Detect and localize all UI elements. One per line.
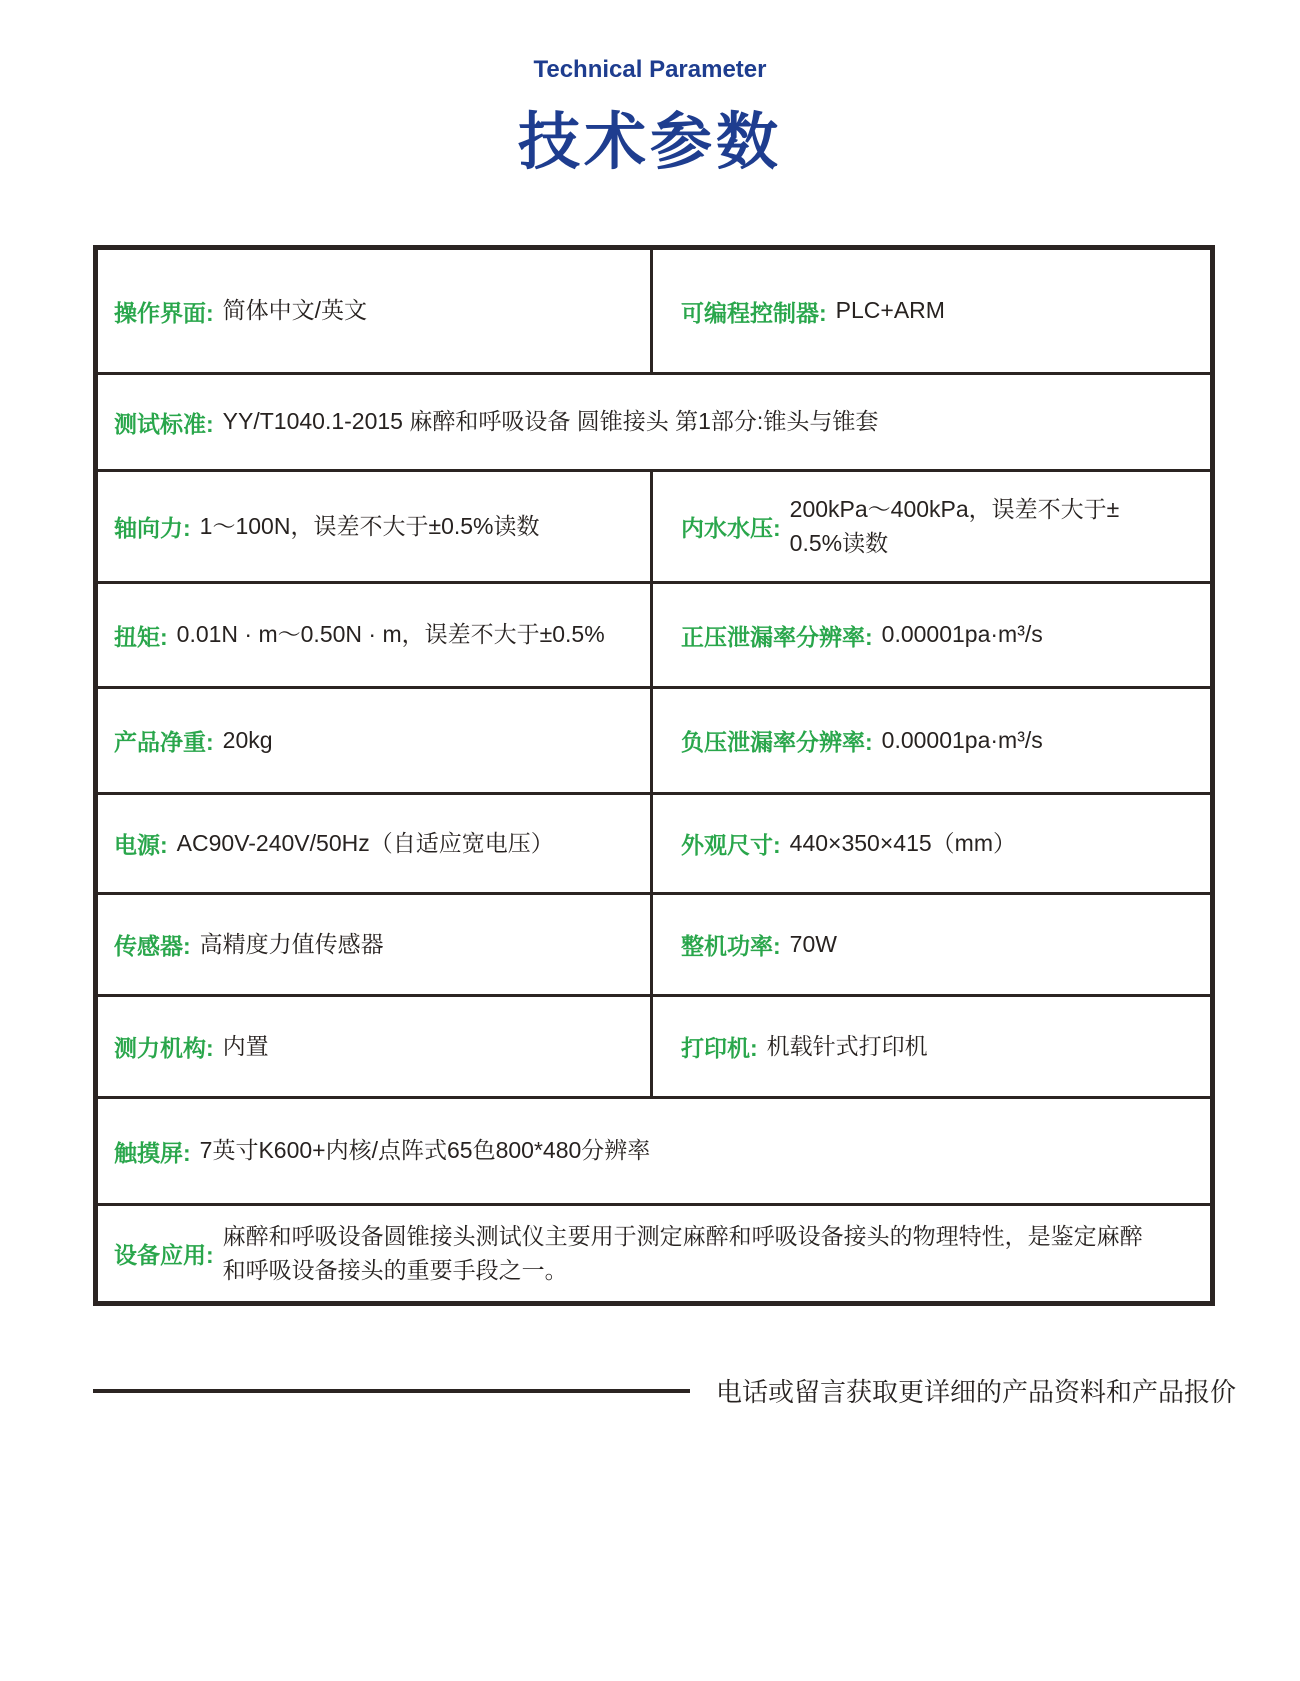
param-value: 440×350×415（mm） — [790, 827, 1016, 860]
param-label: 传感器: — [114, 928, 191, 961]
footer-note: 电话或留言获取更详细的产品资料和产品报价 — [716, 1372, 1236, 1409]
param-value: PLC+ARM — [836, 294, 945, 327]
spec-row-sensor-power: 传感器: 高精度力值传感器 整机功率: 70W — [98, 892, 1210, 994]
cell-net-weight: 产品净重: 20kg — [98, 689, 650, 792]
param-value: 麻醉和呼吸设备圆锥接头测试仪主要用于测定麻醉和呼吸设备接头的物理特性，是鉴定麻醉… — [223, 1220, 1143, 1287]
param-value: 0.00001pa·m³/s — [882, 724, 1043, 757]
cell-torque: 扭矩: 0.01N · m～0.50N · m，误差不大于±0.5% — [98, 584, 650, 686]
param-label: 电源: — [114, 827, 168, 860]
cell-printer: 打印机: 机载针式打印机 — [650, 997, 1210, 1096]
spec-table: 操作界面: 简体中文/英文 可编程控制器: PLC+ARM 测试标准: YY/T… — [93, 245, 1215, 1306]
spec-row-power-dimensions: 电源: AC90V-240V/50Hz（自适应宽电压） 外观尺寸: 440×35… — [98, 792, 1210, 892]
spec-row-test-standard: 测试标准: YY/T1040.1-2015 麻醉和呼吸设备 圆锥接头 第1部分:… — [98, 372, 1210, 469]
cell-device-application: 设备应用: 麻醉和呼吸设备圆锥接头测试仪主要用于测定麻醉和呼吸设备接头的物理特性… — [98, 1206, 1210, 1301]
param-label: 负压泄漏率分辨率: — [681, 724, 873, 757]
spec-row-torque-positive-leak: 扭矩: 0.01N · m～0.50N · m，误差不大于±0.5% 正压泄漏率… — [98, 581, 1210, 686]
spec-row-axial-force-water-pressure: 轴向力: 1～100N，误差不大于±0.5%读数 内水水压: 200kPa～40… — [98, 469, 1210, 581]
param-label: 外观尺寸: — [681, 827, 781, 860]
param-label: 打印机: — [681, 1030, 758, 1063]
cell-touchscreen: 触摸屏: 7英寸K600+内核/点阵式65色800*480分辨率 — [98, 1099, 1210, 1203]
param-value: YY/T1040.1-2015 麻醉和呼吸设备 圆锥接头 第1部分:锥头与锥套 — [223, 405, 879, 438]
spec-row-touchscreen: 触摸屏: 7英寸K600+内核/点阵式65色800*480分辨率 — [98, 1096, 1210, 1203]
param-value: 200kPa～400kPa，误差不大于± 0.5%读数 — [790, 493, 1120, 560]
cell-operation-interface: 操作界面: 简体中文/英文 — [98, 250, 650, 372]
spec-row-mechanism-printer: 测力机构: 内置 打印机: 机载针式打印机 — [98, 994, 1210, 1096]
spec-row-interface-controller: 操作界面: 简体中文/英文 可编程控制器: PLC+ARM — [98, 250, 1210, 372]
param-label: 扭矩: — [114, 619, 168, 652]
param-value: 简体中文/英文 — [223, 294, 367, 327]
param-label: 整机功率: — [681, 928, 781, 961]
cell-total-power: 整机功率: 70W — [650, 895, 1210, 994]
cell-sensor: 传感器: 高精度力值传感器 — [98, 895, 650, 994]
subtitle-en: Technical Parameter — [0, 56, 1300, 84]
param-value: 内置 — [223, 1030, 269, 1063]
cell-dimensions: 外观尺寸: 440×350×415（mm） — [650, 795, 1210, 892]
spec-row-application: 设备应用: 麻醉和呼吸设备圆锥接头测试仪主要用于测定麻醉和呼吸设备接头的物理特性… — [98, 1203, 1210, 1301]
param-label: 内水水压: — [681, 510, 781, 543]
param-value: 7英寸K600+内核/点阵式65色800*480分辨率 — [200, 1134, 651, 1167]
param-label: 可编程控制器: — [681, 295, 827, 328]
footer: 电话或留言获取更详细的产品资料和产品报价 — [93, 1372, 1205, 1409]
param-label: 轴向力: — [114, 510, 191, 543]
param-label: 正压泄漏率分辨率: — [681, 619, 873, 652]
footer-divider-line — [93, 1389, 690, 1393]
cell-force-mechanism: 测力机构: 内置 — [98, 997, 650, 1096]
cell-axial-force: 轴向力: 1～100N，误差不大于±0.5%读数 — [98, 472, 650, 581]
param-value: 0.00001pa·m³/s — [882, 618, 1043, 651]
param-value-line: 麻醉和呼吸设备圆锥接头测试仪主要用于测定麻醉和呼吸设备接头的物理特性，是鉴定麻醉 — [223, 1220, 1143, 1253]
param-value-line: 和呼吸设备接头的重要手段之一。 — [223, 1254, 1143, 1287]
param-label: 测力机构: — [114, 1030, 214, 1063]
page-title: 技术参数 — [0, 92, 1300, 181]
cell-negative-leak-resolution: 负压泄漏率分辨率: 0.00001pa·m³/s — [650, 689, 1210, 792]
param-value: 1～100N，误差不大于±0.5%读数 — [200, 510, 540, 543]
param-label: 操作界面: — [114, 295, 214, 328]
param-value: 机载针式打印机 — [767, 1030, 928, 1063]
param-value: AC90V-240V/50Hz（自适应宽电压） — [177, 827, 554, 860]
param-value: 70W — [790, 928, 837, 961]
cell-test-standard: 测试标准: YY/T1040.1-2015 麻醉和呼吸设备 圆锥接头 第1部分:… — [98, 375, 1210, 469]
cell-programmable-controller: 可编程控制器: PLC+ARM — [650, 250, 1210, 372]
param-value: 高精度力值传感器 — [200, 928, 384, 961]
param-value-line: 0.5%读数 — [790, 527, 1120, 560]
spec-row-weight-negative-leak: 产品净重: 20kg 负压泄漏率分辨率: 0.00001pa·m³/s — [98, 686, 1210, 792]
cell-positive-leak-resolution: 正压泄漏率分辨率: 0.00001pa·m³/s — [650, 584, 1210, 686]
param-label: 设备应用: — [114, 1237, 214, 1270]
param-label: 测试标准: — [114, 406, 214, 439]
param-value: 20kg — [223, 724, 273, 757]
param-value: 0.01N · m～0.50N · m，误差不大于±0.5% — [177, 618, 605, 651]
cell-power-supply: 电源: AC90V-240V/50Hz（自适应宽电压） — [98, 795, 650, 892]
cell-internal-water-pressure: 内水水压: 200kPa～400kPa，误差不大于± 0.5%读数 — [650, 472, 1210, 581]
param-label: 产品净重: — [114, 724, 214, 757]
param-value-line: 200kPa～400kPa，误差不大于± — [790, 493, 1120, 526]
param-label: 触摸屏: — [114, 1135, 191, 1168]
